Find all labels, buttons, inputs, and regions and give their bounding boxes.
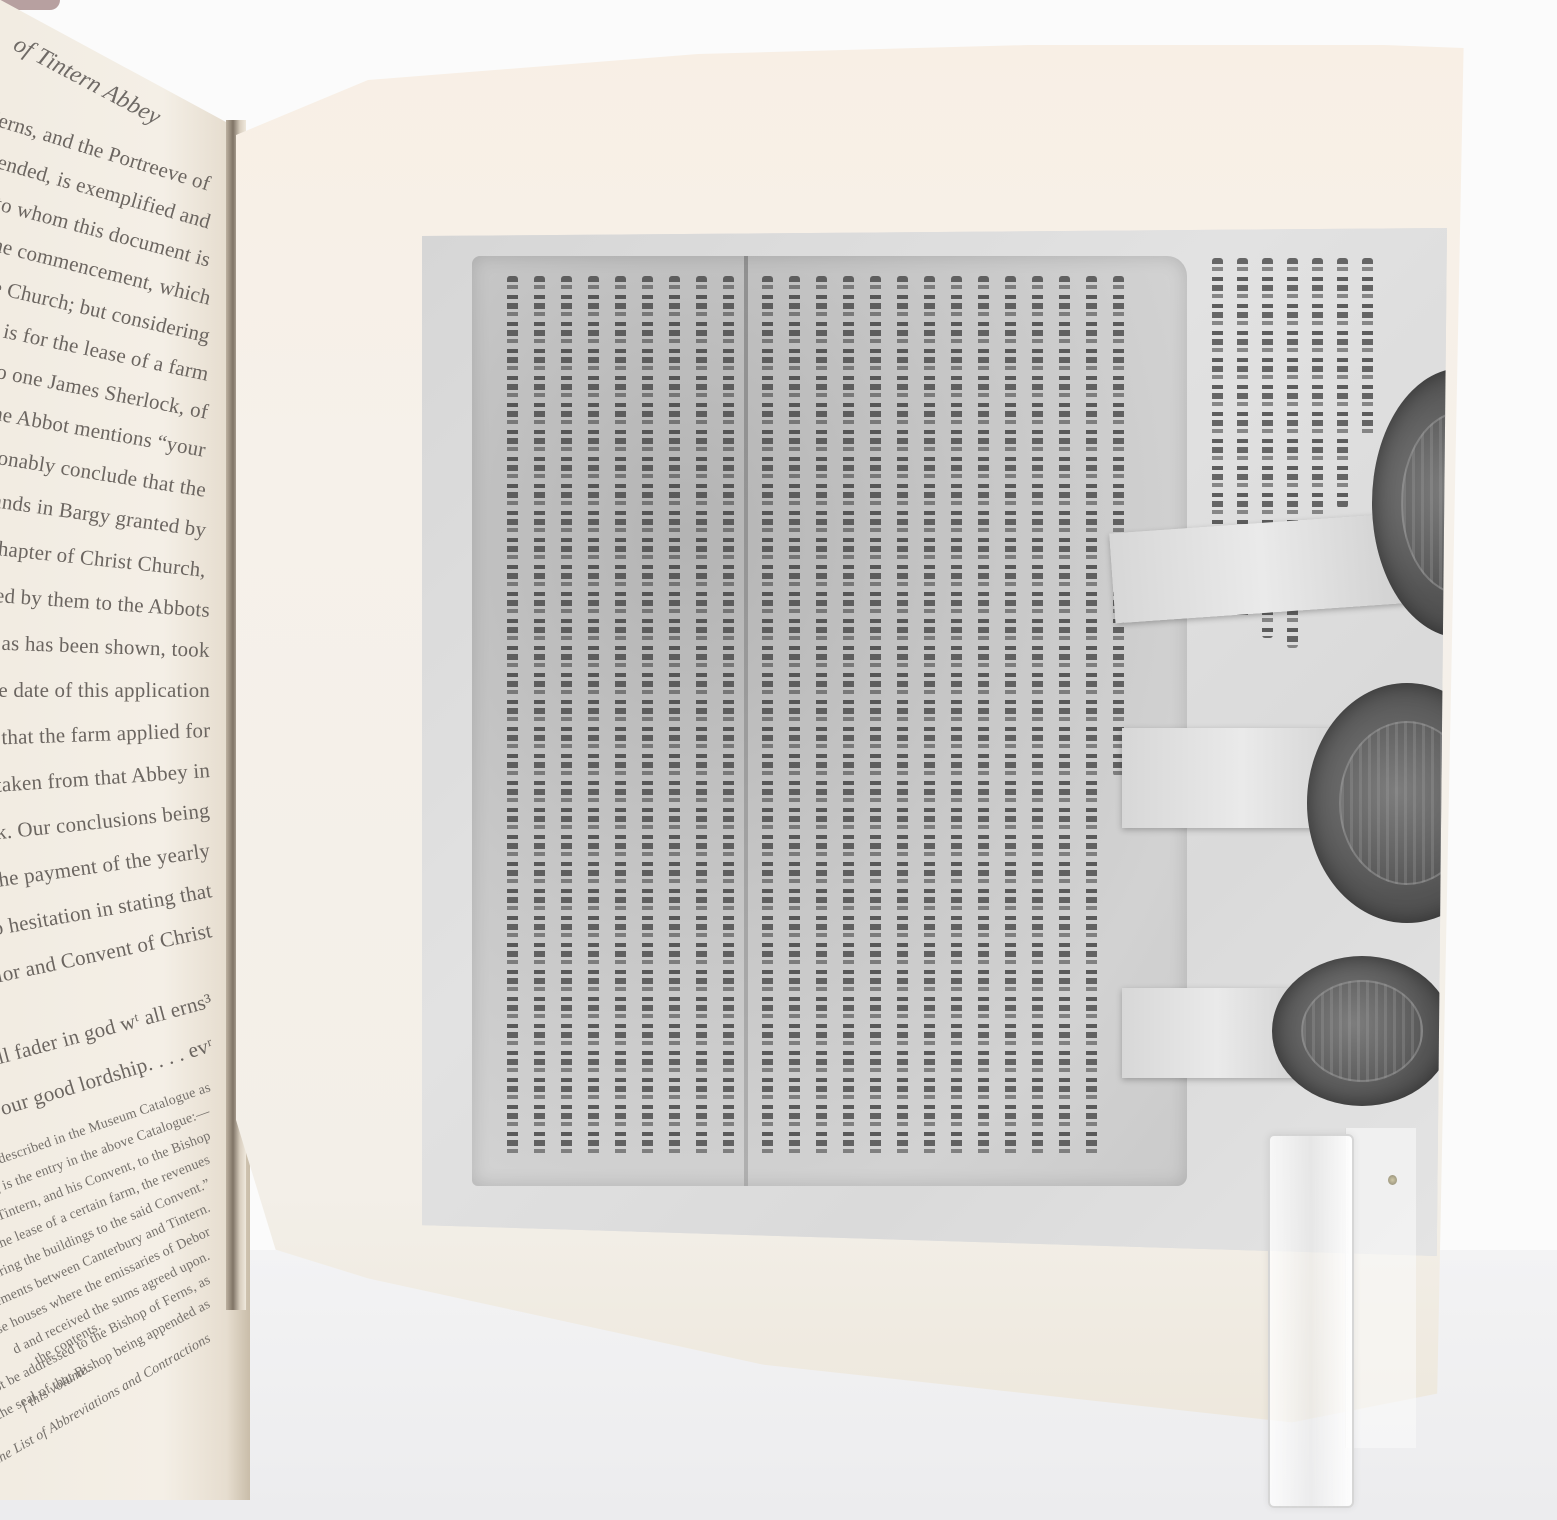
script-column	[978, 276, 989, 1156]
script-column	[1005, 276, 1016, 1156]
script-column	[1312, 258, 1323, 558]
manuscript-fold	[744, 256, 748, 1186]
body-line: afterwards leased by them to the Abbots	[0, 574, 211, 623]
script-column	[1113, 276, 1124, 776]
script-column	[561, 276, 572, 1156]
script-column	[696, 276, 707, 1156]
stand-screw-icon	[1388, 1175, 1397, 1185]
left-page-text: of Tintern Abbey Bishop of Ferns, and th…	[0, 0, 240, 1500]
script-column	[1362, 258, 1373, 438]
script-column	[816, 276, 827, 1156]
body-line: Tintern, but taken from that Abbey in	[0, 758, 211, 805]
acrylic-stand	[1268, 1134, 1354, 1508]
script-column	[642, 276, 653, 1156]
manuscript-plate: seal-1 seal-2 seal-3	[422, 228, 1447, 1256]
script-column	[1032, 276, 1043, 1156]
script-column	[870, 276, 881, 1156]
script-column	[588, 276, 599, 1156]
script-column	[789, 276, 800, 1156]
script-column	[534, 276, 545, 1156]
wax-seal-bottom: seal-3	[1272, 956, 1447, 1106]
script-column	[762, 276, 773, 1156]
acrylic-stand-back	[1345, 1128, 1416, 1448]
script-column	[615, 276, 626, 1156]
script-column	[723, 276, 734, 1156]
script-column	[897, 276, 908, 1156]
script-column	[507, 276, 518, 1156]
body-line: turies before the date of this applicati…	[0, 678, 210, 703]
script-column	[1086, 276, 1097, 1156]
script-column	[924, 276, 935, 1156]
body-line: f this property, as has been shown, took	[0, 626, 210, 663]
script-column	[1059, 276, 1070, 1156]
script-column	[843, 276, 854, 1156]
manuscript-deed	[472, 256, 1187, 1186]
script-column	[669, 276, 680, 1156]
script-column	[1337, 258, 1348, 508]
script-column	[951, 276, 962, 1156]
body-line: by the context that the farm applied for	[0, 718, 210, 755]
